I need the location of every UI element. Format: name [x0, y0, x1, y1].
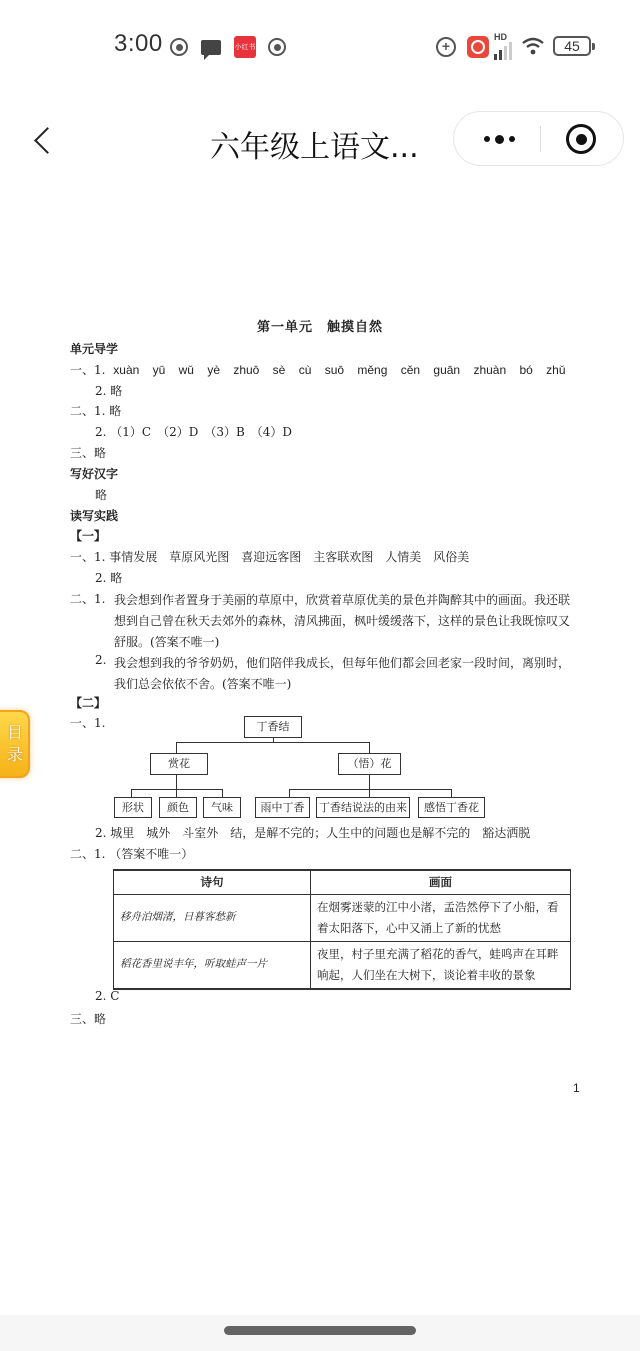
pinyin-answer: xuàn yū wǔ yè zhuō sè cù suō měng cěn gu… — [113, 363, 565, 377]
signal-icon — [494, 42, 512, 60]
table-header: 画面 — [311, 870, 571, 894]
answer-paragraph: 我会想到作者置身于美丽的草原中，欣赏着草原优美的景色并陶醉其中的画面。我还联想到… — [114, 590, 570, 653]
answer-line: 略 — [95, 486, 107, 503]
close-mini-program-button[interactable] — [566, 124, 596, 154]
answer-line: 一、1. xuàn yū wǔ yè zhuō sè cù suō měng c… — [70, 361, 566, 378]
screen-record-icon — [268, 38, 286, 56]
table-cell: 在烟雾迷蒙的江中小渚，孟浩然停下了小船，看着太阳落下，心中又涌上了新的忧愁 — [311, 894, 571, 941]
table-row: 移舟泊烟渚，日暮客愁新 在烟雾迷蒙的江中小渚，孟浩然停下了小船，看着太阳落下，心… — [114, 894, 571, 941]
diagram-leaf-node: 丁香结说法的由来 — [316, 797, 410, 818]
gesture-bar — [0, 1315, 640, 1351]
more-dots-icon — [495, 135, 504, 144]
table-row: 稻花香里说丰年，听取蛙声一片 夜里，村子里充满了稻花的香气，蛙鸣声在耳畔响起，人… — [114, 941, 571, 989]
capsule-divider — [540, 126, 541, 152]
question-number: 二、1. — [70, 590, 105, 607]
answer-line: 三、略 — [70, 444, 106, 461]
status-bar: 3:00 小红书 + HD 45 — [0, 0, 640, 95]
section-heading: 读写实践 — [70, 507, 118, 524]
diagram-branch-node: （悟）花 — [338, 753, 401, 775]
answer-line: 二、1. 略 — [70, 402, 121, 419]
answer-paragraph: 我会想到我的爷爷奶奶，他们陪伴我成长，但每年他们都会回老家一段时间，离别时，我们… — [114, 653, 570, 695]
page-number: 1 — [573, 1081, 580, 1095]
status-time: 3:00 — [114, 30, 163, 58]
question-number: 2. — [95, 653, 106, 667]
capsule-menu — [453, 111, 624, 166]
message-icon — [201, 40, 221, 55]
part-label: 【二】 — [70, 694, 106, 711]
xiaohongshu-app-icon: 小红书 — [234, 36, 256, 58]
answer-line: 一、1. 事情发展 草原风光图 喜迎远客图 主客联欢图 人情美 风俗美 — [70, 548, 469, 565]
diagram-leaf-node: 气味 — [203, 797, 241, 818]
screen-record-icon — [170, 38, 188, 56]
more-dots-icon — [509, 136, 515, 142]
diagram-leaf-node: 颜色 — [159, 797, 197, 818]
answer-line: 2. 略 — [95, 382, 122, 399]
answer-line: 2. 略 — [95, 569, 122, 586]
table-header-row: 诗句 画面 — [114, 870, 571, 894]
diagram-root-node: 丁香结 — [244, 716, 302, 738]
question-number: 一、1. — [70, 714, 105, 731]
answer-line: 2. （1）C （2）D （3）B （4）D — [95, 423, 292, 440]
answer-line: 2. C — [95, 989, 119, 1003]
wifi-icon — [521, 36, 545, 60]
table-cell: 夜里，村子里充满了稻花的香气，蛙鸣声在耳畔响起，人们坐在大树下，谈论着丰收的景象 — [311, 941, 571, 989]
network-type-label: HD — [494, 32, 507, 42]
part-label: 【一】 — [70, 527, 106, 544]
battery-icon: 45 — [553, 36, 591, 56]
catalog-label: 录 — [2, 744, 28, 766]
poem-table: 诗句 画面 移舟泊烟渚，日暮客愁新 在烟雾迷蒙的江中小渚，孟浩然停下了小船，看着… — [113, 869, 571, 990]
back-button[interactable] — [28, 120, 58, 160]
page-title: 六年级上语文... — [210, 122, 419, 166]
answer-line: 三、略 — [70, 1010, 106, 1027]
recording-icon — [467, 36, 489, 58]
table-cell: 稻花香里说丰年，听取蛙声一片 — [114, 941, 311, 989]
answer-line: 2. 城里 城外 斗室外 结，是解不完的；人生中的问题也是解不完的 豁达洒脱 — [95, 824, 530, 841]
catalog-label: 目 — [2, 722, 28, 744]
table-cell: 移舟泊烟渚，日暮客愁新 — [114, 894, 311, 941]
data-saver-icon: + — [436, 37, 456, 57]
home-indicator[interactable] — [224, 1326, 416, 1335]
answer-line: 二、1. （答案不唯一） — [70, 845, 193, 862]
section-heading: 写好汉字 — [70, 465, 118, 482]
diagram-branch-node: 赏花 — [150, 753, 208, 775]
more-dots-icon — [484, 136, 490, 142]
table-header: 诗句 — [114, 870, 311, 894]
question-number: 一、1. — [70, 363, 105, 377]
mini-program-nav-bar: 六年级上语文... — [0, 100, 640, 180]
more-button[interactable] — [474, 124, 524, 154]
catalog-tab-button[interactable]: 目 录 — [0, 710, 30, 778]
diagram-leaf-node: 感悟丁香花 — [418, 797, 485, 818]
section-heading: 单元导学 — [70, 340, 118, 357]
diagram-leaf-node: 雨中丁香 — [255, 797, 310, 818]
document-title: 第一单元 触摸自然 — [0, 316, 640, 335]
diagram-leaf-node: 形状 — [114, 797, 152, 818]
